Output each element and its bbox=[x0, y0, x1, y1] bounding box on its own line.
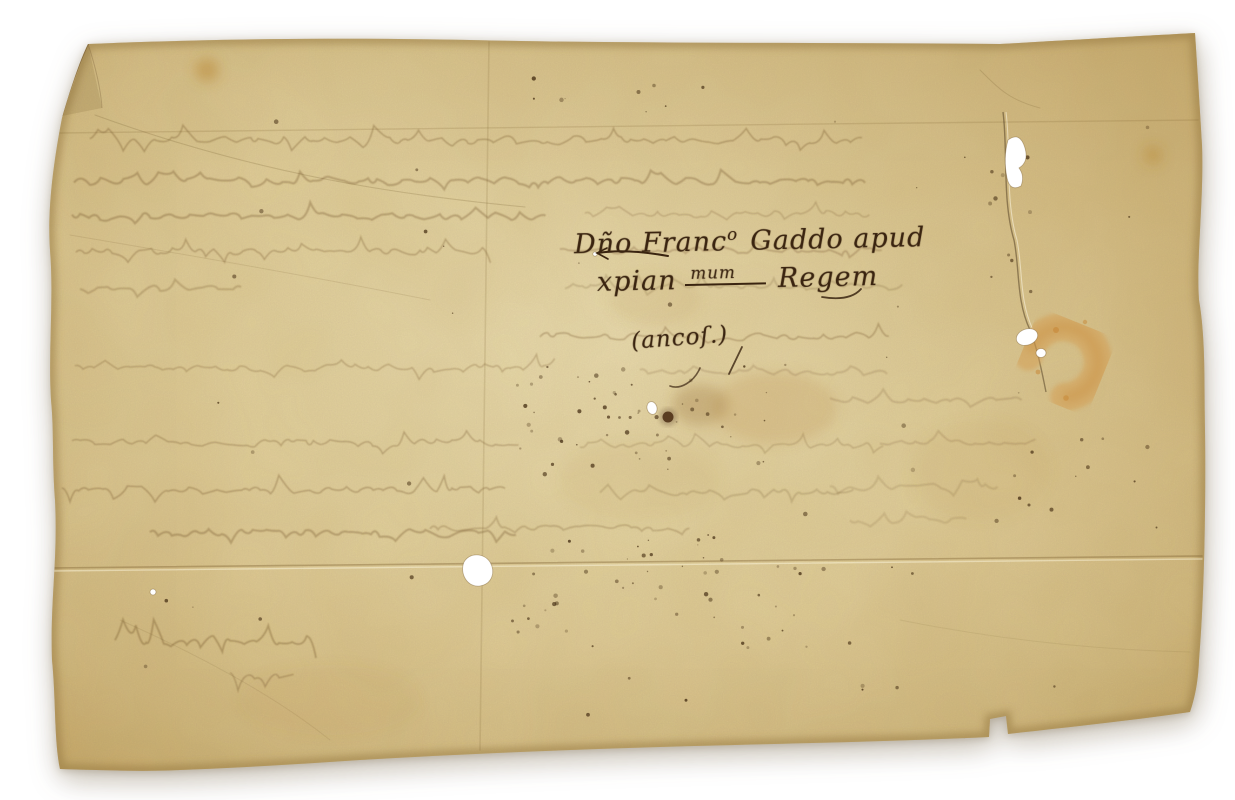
ink-speck bbox=[543, 472, 547, 476]
ink-speck bbox=[655, 415, 659, 419]
ink-speck bbox=[568, 540, 571, 543]
ink-speck bbox=[743, 365, 745, 367]
ink-speck bbox=[695, 399, 699, 403]
ink-speck bbox=[584, 570, 588, 574]
ink-speck bbox=[577, 409, 581, 413]
ink-speck bbox=[603, 405, 607, 409]
ink-speck bbox=[552, 602, 556, 606]
ink-speck bbox=[539, 375, 543, 379]
ink-speck bbox=[803, 512, 808, 517]
ink-speck bbox=[1086, 465, 1090, 469]
ink-speck bbox=[533, 98, 535, 100]
ink-speck bbox=[701, 86, 704, 89]
ink-speck bbox=[654, 598, 657, 601]
ink-speck bbox=[232, 274, 236, 278]
ink-speck bbox=[766, 392, 767, 393]
address-line2-superscript: mum bbox=[684, 261, 766, 286]
address-block: Dño FrancoGaddo apud xpianmumRegem (anco… bbox=[574, 221, 897, 351]
ink-speck bbox=[607, 416, 610, 419]
ink-speck bbox=[258, 617, 262, 621]
ink-speck bbox=[891, 566, 893, 568]
ink-speck bbox=[741, 642, 744, 645]
ink-speck bbox=[614, 393, 617, 396]
ink-speck bbox=[591, 464, 595, 468]
address-line1-main: Dño Franc bbox=[574, 226, 728, 260]
ink-speck bbox=[715, 570, 719, 574]
ink-speck bbox=[767, 637, 771, 641]
ink-speck bbox=[576, 444, 578, 446]
ink-speck bbox=[756, 461, 760, 465]
ink-speck bbox=[424, 230, 428, 234]
ink-speck bbox=[990, 170, 993, 173]
ink-speck bbox=[589, 381, 591, 383]
ink-speck bbox=[558, 437, 563, 442]
ink-speck bbox=[848, 641, 852, 645]
ink-speck bbox=[746, 646, 749, 649]
ink-speck bbox=[821, 567, 825, 571]
ink-speck bbox=[532, 572, 535, 575]
ink-speck bbox=[734, 413, 736, 415]
ink-speck bbox=[1156, 527, 1158, 529]
ink-speck bbox=[784, 364, 786, 366]
ink-speck bbox=[553, 593, 558, 598]
ink-speck bbox=[1080, 438, 1083, 441]
ink-speck bbox=[675, 613, 678, 616]
ink-speck bbox=[682, 566, 683, 567]
ink-speck bbox=[642, 553, 646, 557]
ink-speck bbox=[251, 450, 255, 454]
address-line1-rest: Gaddo apud bbox=[750, 222, 926, 257]
ink-speck bbox=[704, 592, 708, 596]
ink-speck bbox=[1018, 392, 1020, 394]
ink-speck bbox=[637, 546, 639, 548]
ink-speck bbox=[165, 599, 169, 603]
ink-speck bbox=[407, 481, 411, 485]
ink-speck bbox=[758, 594, 761, 597]
ink-speck bbox=[741, 626, 744, 629]
ink-speck bbox=[1075, 476, 1076, 477]
ink-speck bbox=[805, 646, 807, 648]
ink-speck bbox=[527, 617, 530, 620]
ink-speck bbox=[1134, 480, 1136, 482]
ink-speck bbox=[192, 606, 194, 608]
address-line-1: Dño FrancoGaddo apud bbox=[574, 221, 895, 261]
ink-speck bbox=[964, 738, 966, 740]
ink-speck bbox=[410, 575, 414, 579]
ink-speck bbox=[682, 403, 684, 405]
ink-speck bbox=[834, 121, 836, 123]
ink-speck bbox=[1029, 290, 1032, 293]
ink-speck bbox=[712, 536, 715, 539]
address-line1-superscript: o bbox=[727, 224, 738, 244]
ink-speck bbox=[1146, 126, 1150, 130]
ink-speck bbox=[592, 645, 594, 647]
ink-speck bbox=[1128, 216, 1130, 218]
ink-speck bbox=[886, 357, 887, 358]
ink-speck bbox=[659, 585, 663, 589]
ink-speck bbox=[535, 624, 539, 628]
ink-speck bbox=[665, 105, 667, 107]
ink-speck bbox=[730, 436, 731, 437]
ink-speck bbox=[516, 384, 519, 387]
ink-speck bbox=[667, 469, 669, 471]
ink-speck bbox=[990, 276, 992, 278]
ink-speck bbox=[993, 196, 997, 200]
ink-speck bbox=[638, 410, 641, 413]
ink-speck bbox=[988, 202, 992, 206]
address-line2-main: xpian bbox=[597, 265, 677, 298]
ink-speck bbox=[530, 383, 533, 386]
ink-speck bbox=[647, 571, 648, 572]
ink-speck bbox=[1050, 508, 1054, 512]
ink-speck bbox=[519, 447, 521, 449]
ink-speck bbox=[618, 416, 621, 419]
ink-speck bbox=[697, 544, 698, 545]
ink-speck bbox=[964, 156, 966, 158]
ink-speck bbox=[544, 609, 546, 611]
ink-speck bbox=[911, 572, 914, 575]
ink-speck bbox=[1028, 210, 1032, 214]
ink-speck bbox=[793, 614, 795, 616]
ink-speck bbox=[720, 558, 724, 562]
ink-speck bbox=[594, 397, 596, 399]
ink-speck bbox=[652, 84, 656, 88]
ink-speck bbox=[144, 665, 148, 669]
ink-speck bbox=[1018, 496, 1021, 499]
ink-speck bbox=[645, 111, 646, 112]
paper-with-shadow bbox=[0, 0, 1235, 800]
ink-speck bbox=[615, 579, 619, 583]
ink-speck bbox=[530, 430, 533, 433]
ink-speck bbox=[565, 630, 568, 633]
ink-speck bbox=[550, 549, 554, 553]
ink-speck bbox=[632, 582, 634, 584]
ink-speck bbox=[443, 246, 444, 247]
ink-speck bbox=[635, 452, 638, 455]
ink-speck bbox=[628, 677, 631, 680]
ink-speck bbox=[581, 549, 584, 552]
ink-speck bbox=[721, 425, 724, 428]
ink-speck bbox=[798, 572, 801, 575]
address-line-2: xpianmumRegem bbox=[575, 259, 896, 299]
ink-speck bbox=[1053, 685, 1055, 687]
ink-speck bbox=[636, 90, 640, 94]
ink-speck bbox=[606, 434, 608, 436]
ink-speck bbox=[777, 565, 780, 568]
ink-speck bbox=[1013, 474, 1016, 477]
ink-speck bbox=[586, 713, 590, 717]
ink-speck bbox=[511, 619, 514, 622]
ink-speck bbox=[533, 412, 535, 414]
ink-speck bbox=[559, 98, 563, 102]
ink-speck bbox=[1030, 450, 1033, 453]
ink-speck bbox=[415, 168, 418, 171]
ink-speck bbox=[897, 306, 899, 308]
ink-speck bbox=[650, 553, 653, 556]
ink-speck bbox=[217, 402, 219, 404]
address-line2-rest: Regem bbox=[778, 261, 879, 294]
ink-speck bbox=[901, 423, 906, 428]
ink-speck bbox=[622, 587, 624, 589]
ink-speck bbox=[527, 423, 531, 427]
ink-speck bbox=[1007, 253, 1010, 256]
ink-speck bbox=[625, 430, 630, 435]
ink-speck bbox=[782, 630, 784, 632]
ink-speck bbox=[577, 376, 579, 378]
ink-speck bbox=[667, 457, 671, 461]
ink-speck bbox=[639, 458, 641, 460]
ink-speck bbox=[621, 367, 625, 371]
ink-speck bbox=[629, 416, 632, 419]
ink-speck bbox=[895, 686, 898, 689]
ink-speck bbox=[1027, 503, 1030, 506]
ink-speck bbox=[551, 463, 554, 466]
ink-blot-halo bbox=[659, 408, 677, 426]
photo-of-old-letter: Dño FrancoGaddo apud xpianmumRegem (anco… bbox=[0, 0, 1235, 800]
ink-speck bbox=[994, 519, 998, 523]
ink-speck bbox=[706, 412, 710, 416]
ink-speck bbox=[523, 404, 527, 408]
ink-speck bbox=[1001, 173, 1005, 177]
ink-speck bbox=[861, 684, 865, 688]
ink-speck bbox=[648, 540, 649, 541]
ink-speck bbox=[532, 76, 536, 80]
ink-speck bbox=[775, 605, 777, 607]
ink-speck bbox=[517, 630, 520, 633]
paper-sheet-graphic bbox=[0, 0, 1235, 800]
ink-speck bbox=[594, 373, 599, 378]
ink-speck bbox=[1010, 259, 1013, 262]
ink-speck bbox=[274, 119, 279, 124]
ink-speck bbox=[1101, 437, 1104, 440]
ink-speck bbox=[713, 617, 715, 619]
ink-speck bbox=[764, 420, 766, 422]
ink-speck bbox=[656, 434, 659, 437]
ink-speck bbox=[703, 571, 707, 575]
ink-speck bbox=[685, 699, 688, 702]
ink-speck bbox=[627, 558, 628, 559]
ink-speck bbox=[763, 461, 765, 463]
ink-speck bbox=[523, 604, 526, 607]
ink-speck bbox=[697, 538, 701, 542]
ink-speck bbox=[631, 384, 633, 386]
ink-speck bbox=[793, 567, 796, 570]
ink-speck bbox=[862, 689, 864, 691]
ink-speck bbox=[707, 534, 709, 536]
paper-texture bbox=[0, 0, 1235, 800]
ink-speck bbox=[1145, 445, 1149, 449]
ink-speck bbox=[911, 468, 915, 472]
ink-speck bbox=[564, 98, 565, 99]
ink-speck bbox=[452, 312, 453, 313]
ink-speck bbox=[665, 450, 667, 452]
ink-speck bbox=[708, 598, 712, 602]
ink-speck bbox=[916, 187, 917, 188]
ink-speck bbox=[690, 407, 694, 411]
ink-speck bbox=[546, 366, 548, 368]
ink-speck bbox=[676, 421, 678, 423]
ink-speck bbox=[259, 209, 263, 213]
ink-speck bbox=[703, 557, 705, 559]
